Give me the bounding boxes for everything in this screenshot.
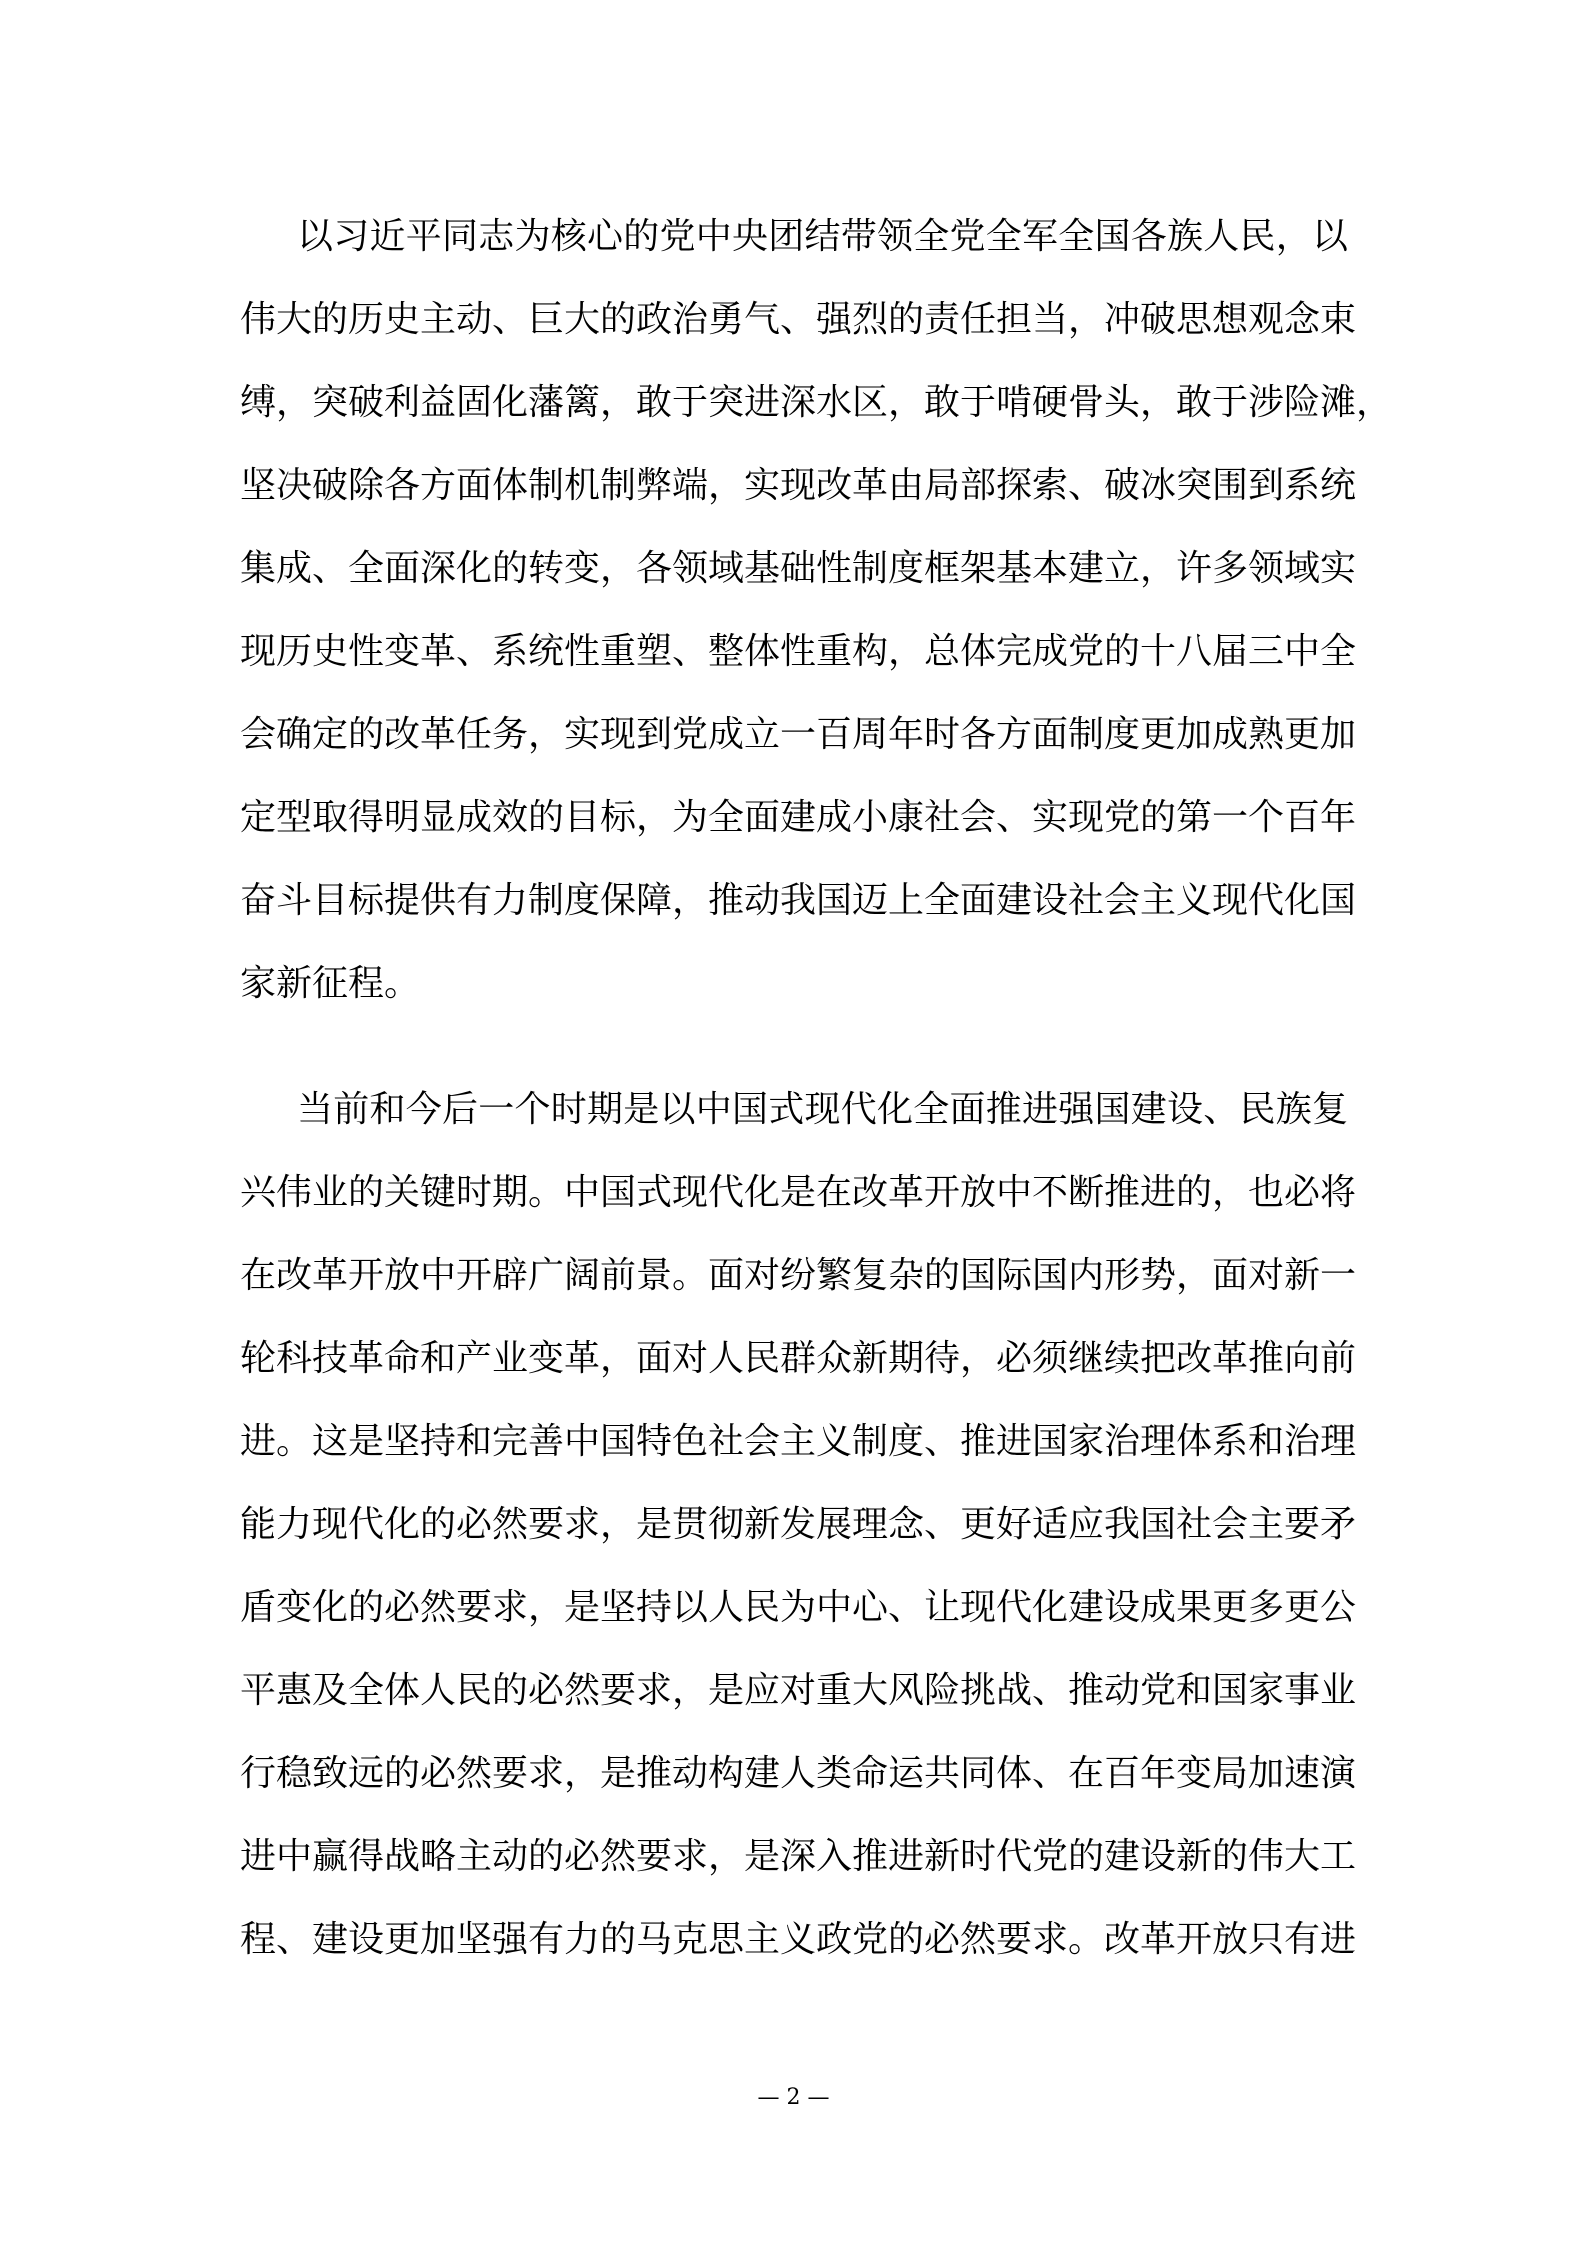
text-line: 集成、全面深化的转变，各领域基础性制度框架基本建立，许多领域实	[240, 545, 1348, 593]
text-line: 在改革开放中开辟广阔前景。面对纷繁复杂的国际国内形势，面对新一	[240, 1252, 1348, 1300]
page-number: — 2 —	[0, 2083, 1587, 2113]
text-line: 进中赢得战略主动的必然要求，是深入推进新时代党的建设新的伟大工	[240, 1833, 1348, 1881]
text-line: 家新征程。	[240, 960, 1348, 1008]
text-line: 能力现代化的必然要求，是贯彻新发展理念、更好适应我国社会主要矛	[240, 1501, 1348, 1549]
text-line: 会确定的改革任务，实现到党成立一百周年时各方面制度更加成熟更加	[240, 711, 1348, 759]
text-line: 盾变化的必然要求，是坚持以人民为中心、让现代化建设成果更多更公	[240, 1584, 1348, 1632]
text-line: 当前和今后一个时期是以中国式现代化全面推进强国建设、民族复	[297, 1086, 1348, 1134]
text-line: 现历史性变革、系统性重塑、整体性重构，总体完成党的十八届三中全	[240, 628, 1348, 676]
document-page: 以习近平同志为核心的党中央团结带领全党全军全国各族人民，以 伟大的历史主动、巨大…	[0, 0, 1587, 2245]
text-line: 平惠及全体人民的必然要求，是应对重大风险挑战、推动党和国家事业	[240, 1667, 1348, 1715]
text-line: 坚决破除各方面体制机制弊端，实现改革由局部探索、破冰突围到系统	[240, 462, 1348, 510]
text-line: 程、建设更加坚强有力的马克思主义政党的必然要求。改革开放只有进	[240, 1916, 1348, 1964]
text-line: 轮科技革命和产业变革，面对人民群众新期待，必须继续把改革推向前	[240, 1335, 1348, 1383]
text-line: 伟大的历史主动、巨大的政治勇气、强烈的责任担当，冲破思想观念束	[240, 296, 1348, 344]
text-line: 进。这是坚持和完善中国特色社会主义制度、推进国家治理体系和治理	[240, 1418, 1348, 1466]
text-line: 以习近平同志为核心的党中央团结带领全党全军全国各族人民，以	[297, 213, 1348, 261]
text-line: 缚，突破利益固化藩篱，敢于突进深水区，敢于啃硬骨头，敢于涉险滩，	[240, 379, 1348, 427]
text-line: 行稳致远的必然要求，是推动构建人类命运共同体、在百年变局加速演	[240, 1750, 1348, 1798]
text-line: 奋斗目标提供有力制度保障，推动我国迈上全面建设社会主义现代化国	[240, 877, 1348, 925]
text-line: 定型取得明显成效的目标，为全面建成小康社会、实现党的第一个百年	[240, 794, 1348, 842]
text-line: 兴伟业的关键时期。中国式现代化是在改革开放中不断推进的，也必将	[240, 1169, 1348, 1217]
